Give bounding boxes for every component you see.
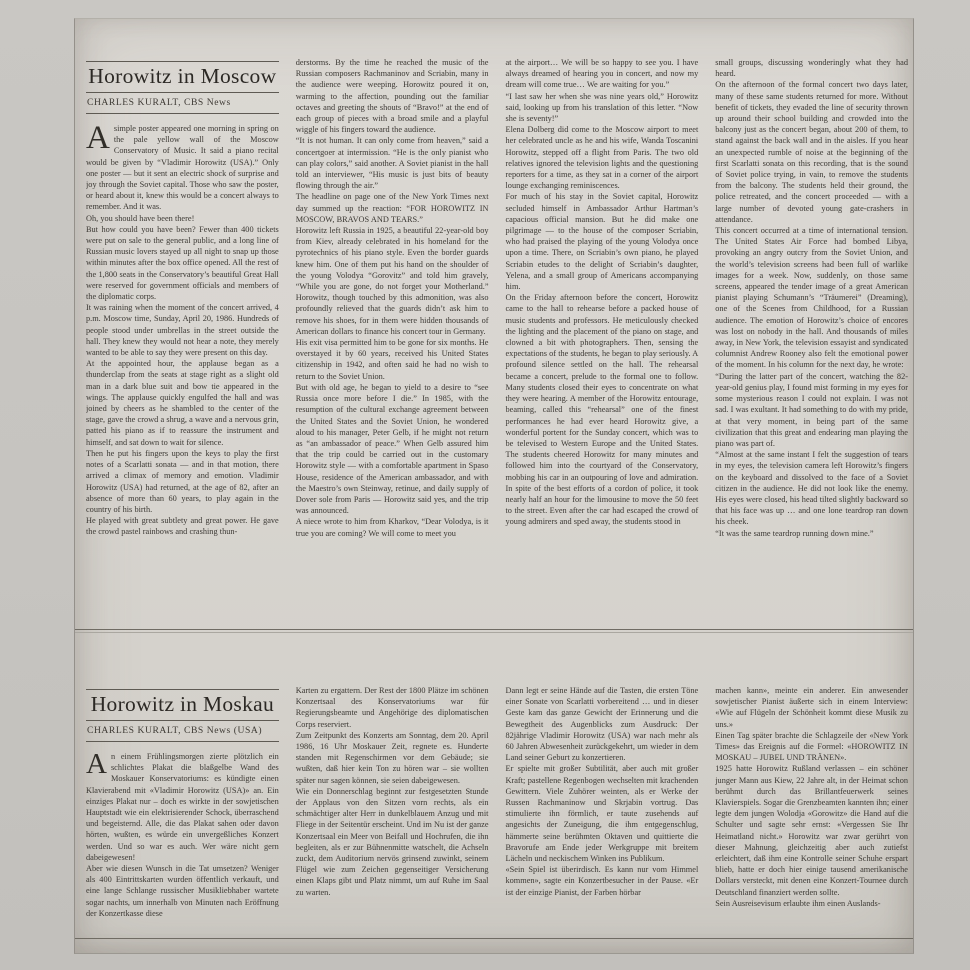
article-byline-german: CHARLES KURALT, CBS News (USA) bbox=[86, 721, 279, 741]
article-english: Horowitz in Moscow CHARLES KURALT, CBS N… bbox=[86, 57, 908, 627]
paragraph: Then he put his fingers upon the keys to… bbox=[86, 448, 279, 515]
paragraph: Elena Dolberg did come to the Moscow air… bbox=[506, 124, 699, 191]
paragraph: Wie ein Donnerschlag beginnt zur festges… bbox=[296, 786, 489, 898]
paragraph: Zum Zeitpunkt des Konzerts am Sonntag, d… bbox=[296, 730, 489, 786]
paragraph: “It is not human. It can only come from … bbox=[296, 135, 489, 191]
paragraph: machen kann», meinte ein anderer. Ein an… bbox=[715, 685, 908, 730]
paragraph: Aber wie diesen Wunsch in die Tat umsetz… bbox=[86, 863, 279, 919]
english-text-column-2: derstorms. By the time he reached the mu… bbox=[296, 57, 489, 627]
paragraph: Horowitz left Russia in 1925, a beautifu… bbox=[296, 225, 489, 337]
masthead-rule bbox=[86, 741, 279, 742]
footer-rule bbox=[75, 938, 913, 939]
paragraph: small groups, discussing wonderingly wha… bbox=[715, 57, 908, 79]
german-text-column-1: Horowitz in Moskau CHARLES KURALT, CBS N… bbox=[86, 685, 279, 939]
paragraph: n einem Frühlingsmorgen zierte plötzlich… bbox=[86, 752, 279, 862]
paragraph: «Sein Spiel ist überirdisch. Es kann nur… bbox=[506, 864, 699, 898]
paragraph: at the airport… We will be so happy to s… bbox=[506, 57, 699, 91]
article-title-english: Horowitz in Moscow bbox=[86, 64, 279, 89]
drop-cap: A bbox=[86, 751, 111, 776]
paragraph: Er spielte mit großer Subtilität, aber a… bbox=[506, 763, 699, 864]
paragraph: “It was the same teardrop running down m… bbox=[715, 528, 908, 539]
article-title-german: Horowitz in Moskau bbox=[86, 692, 279, 717]
drop-cap: A bbox=[86, 123, 114, 151]
divider-rule bbox=[75, 629, 913, 630]
lead-paragraph: An einem Frühlingsmorgen zierte plötzlic… bbox=[86, 751, 279, 863]
paragraph: His exit visa permitted him to be gone f… bbox=[296, 337, 489, 382]
paragraph: 1925 hatte Horowitz Rußland verlassen – … bbox=[715, 763, 908, 897]
paragraph: It was raining when the moment of the co… bbox=[86, 302, 279, 358]
paragraph: But how could you have been? Fewer than … bbox=[86, 224, 279, 302]
paragraph: Karten zu ergattern. Der Rest der 1800 P… bbox=[296, 685, 489, 730]
masthead-rule bbox=[86, 113, 279, 114]
english-text-column-1: Horowitz in Moscow CHARLES KURALT, CBS N… bbox=[86, 57, 279, 627]
paragraph: A niece wrote to him from Kharkov, “Dear… bbox=[296, 516, 489, 538]
paragraph: Dann legt er seine Hände auf die Tasten,… bbox=[506, 685, 699, 763]
paragraph: But with old age, he began to yield to a… bbox=[296, 382, 489, 516]
lead-paragraph: Asimple poster appeared one morning in s… bbox=[86, 123, 279, 213]
divider-rule bbox=[75, 632, 913, 633]
paragraph: At the appointed hour, the applause bega… bbox=[86, 358, 279, 448]
article-byline-english: CHARLES KURALT, CBS News bbox=[86, 93, 279, 113]
paragraph: Sein Ausreisevisum erlaubte ihm einen Au… bbox=[715, 898, 908, 909]
article-header-german: Horowitz in Moskau CHARLES KURALT, CBS N… bbox=[86, 689, 279, 742]
paragraph: “I last saw her when she was nine years … bbox=[506, 91, 699, 125]
german-text-column-4: machen kann», meinte ein anderer. Ein an… bbox=[715, 685, 908, 939]
paragraph: This concert occurred at a time of inter… bbox=[715, 225, 908, 371]
paragraph: “Almost at the same instant I felt the s… bbox=[715, 449, 908, 527]
paragraph: simple poster appeared one morning in sp… bbox=[86, 124, 279, 211]
paragraph: On the Friday afternoon before the conce… bbox=[506, 292, 699, 527]
article-header-english: Horowitz in Moscow CHARLES KURALT, CBS N… bbox=[86, 61, 279, 114]
paragraph: For much of his stay in the Soviet capit… bbox=[506, 191, 699, 292]
paragraph: The headline on page one of the New York… bbox=[296, 191, 489, 225]
article-german: Horowitz in Moskau CHARLES KURALT, CBS N… bbox=[86, 685, 908, 939]
paragraph: He played with great subtlety and great … bbox=[86, 515, 279, 537]
section-divider bbox=[75, 629, 913, 633]
scan-background: Horowitz in Moscow CHARLES KURALT, CBS N… bbox=[0, 0, 970, 970]
booklet-page: Horowitz in Moscow CHARLES KURALT, CBS N… bbox=[74, 18, 914, 954]
masthead-rule bbox=[86, 689, 279, 690]
paragraph: “During the latter part of the concert, … bbox=[715, 371, 908, 449]
english-text-column-3: at the airport… We will be so happy to s… bbox=[506, 57, 699, 627]
paragraph: derstorms. By the time he reached the mu… bbox=[296, 57, 489, 135]
paragraph: On the afternoon of the formal concert t… bbox=[715, 79, 908, 225]
paragraph: Einen Tag später brachte die Schlagzeile… bbox=[715, 730, 908, 764]
german-text-column-2: Karten zu ergattern. Der Rest der 1800 P… bbox=[296, 685, 489, 939]
german-text-column-3: Dann legt er seine Hände auf die Tasten,… bbox=[506, 685, 699, 939]
paragraph: Oh, you should have been there! bbox=[86, 213, 279, 224]
english-text-column-4: small groups, discussing wonderingly wha… bbox=[715, 57, 908, 627]
masthead-rule bbox=[86, 61, 279, 62]
